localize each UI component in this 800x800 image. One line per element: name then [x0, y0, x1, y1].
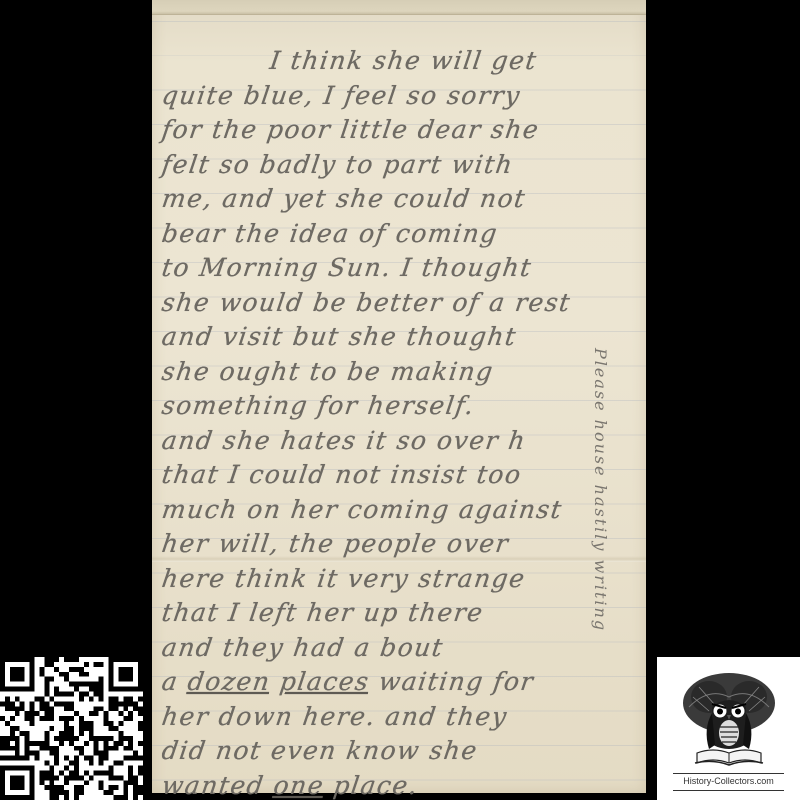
letter-line: her down here. and they: [150, 700, 649, 735]
letter-line: I think she will get: [150, 44, 649, 79]
letter-line: much on her coming against: [150, 493, 649, 528]
letter-line: here think it very strange: [150, 562, 649, 597]
letter-line: did not even know she: [150, 734, 649, 769]
logo-divider-top: [673, 773, 784, 774]
letter-line: wanted one place.: [150, 769, 649, 800]
letter-line: and they had a bout: [150, 631, 649, 666]
letter-line: for the poor little dear she: [150, 113, 649, 148]
letter-line: quite blue, I feel so sorry: [150, 79, 649, 114]
letter-line: her will, the people over: [150, 527, 649, 562]
history-collectors-logo: History-Collectors.com: [657, 657, 800, 800]
qr-code[interactable]: [0, 657, 143, 800]
letter-line: me, and yet she could not: [150, 182, 649, 217]
letter-line: that I could not insist too: [150, 458, 649, 493]
qr-code-icon: [0, 657, 143, 800]
margin-note: Please house hastily writing: [591, 348, 610, 648]
letter-line: a dozen places waiting for: [150, 665, 649, 700]
letter-line: and she hates it so over h: [150, 424, 649, 459]
letter-line: she ought to be making: [150, 355, 649, 390]
letter-line: bear the idea of coming: [150, 217, 649, 252]
logo-divider-bottom: [673, 790, 784, 791]
letter-line: something for herself.: [150, 389, 649, 424]
logo-site-name: History-Collectors.com: [657, 776, 800, 786]
letter-line: she would be better of a rest: [150, 286, 649, 321]
letter-line: that I left her up there: [150, 596, 649, 631]
letter-line: and visit but she thought: [150, 320, 649, 355]
letter-body: I think she will getquite blue, I feel s…: [152, 44, 646, 800]
owl-on-book-icon: [679, 667, 779, 772]
letter-page: I think she will getquite blue, I feel s…: [152, 0, 646, 793]
letter-line: to Morning Sun. I thought: [150, 251, 649, 286]
letter-line: felt so badly to part with: [150, 148, 649, 183]
